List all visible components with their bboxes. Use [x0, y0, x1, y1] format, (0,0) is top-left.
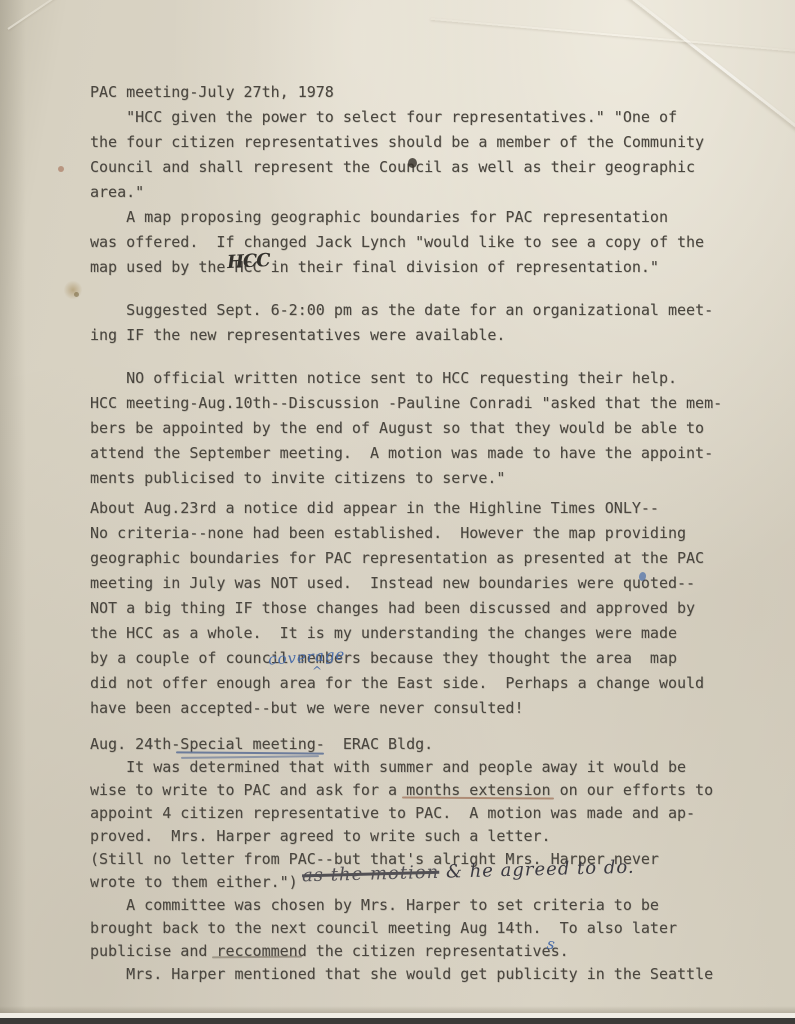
scanned-page: PAC meeting-July 27th, 1978 "HCC given t… — [0, 0, 795, 1018]
paragraph-aug-24-special-meeting: Aug. 24th-Special meeting- ERAC Bldg. It… — [90, 733, 750, 986]
fold-crease-top — [431, 18, 795, 52]
insertion-caret-mark: ^ — [312, 664, 322, 678]
margin-smudge-stain — [61, 278, 85, 303]
paragraph-pac-meeting-july: PAC meeting-July 27th, 1978 "HCC given t… — [90, 80, 750, 280]
handwriting-struck-words: as the motion — [302, 862, 440, 887]
margin-smudge-fleck — [74, 292, 79, 297]
handwriting-hcc-overwrite: HCC — [226, 250, 270, 273]
paragraph-no-official-notice: NO official written notice sent to HCC r… — [90, 366, 750, 491]
margin-dot-speck — [58, 166, 64, 172]
scan-background-strip — [0, 1018, 795, 1024]
page-left-edge-shading — [0, 0, 26, 1018]
paragraph-about-aug-23rd: About Aug.23rd a notice did appear in th… — [90, 496, 750, 721]
paragraph-suggested-date: Suggested Sept. 6-2:00 pm as the date fo… — [90, 298, 750, 348]
